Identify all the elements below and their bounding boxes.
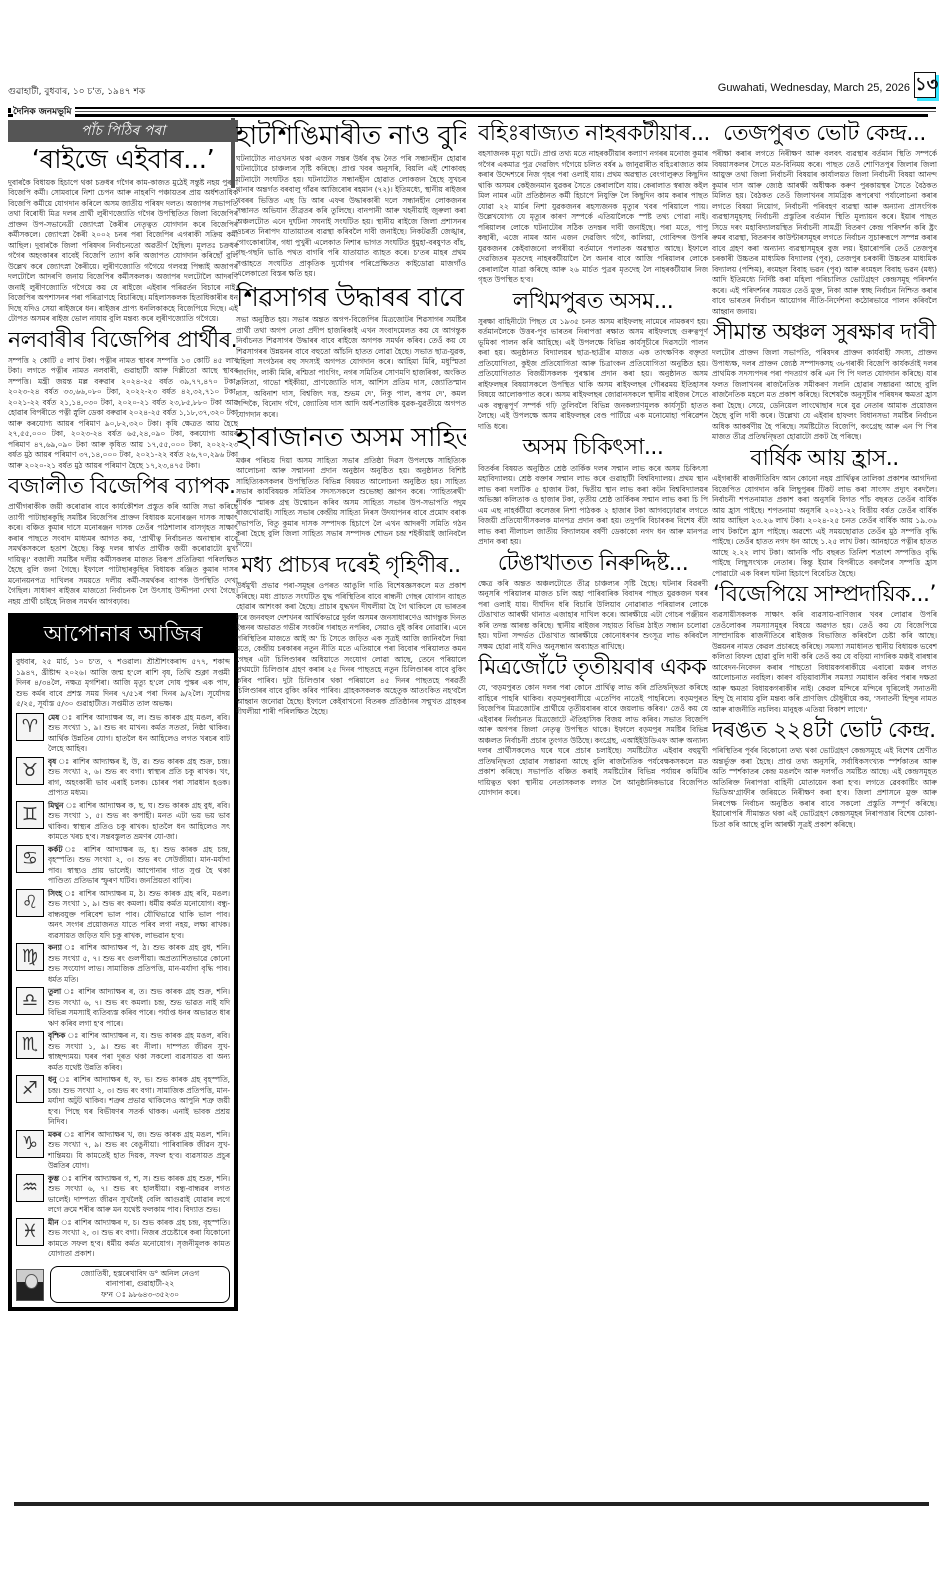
- zodiac-name: তুলা: [48, 987, 61, 996]
- headline: বাৰ্ষিক আয় হ্ৰাস..: [712, 447, 937, 471]
- zodiac-text: তুলা ঃ ৰাশিৰ আদ্যাক্ষৰ ৰ, ত। শুভ কাৰক গ্…: [48, 987, 230, 1029]
- article-body: বিতৰ্কৰ বিষয়ত অনুষ্ঠিত শ্ৰেষ্ঠ তাৰ্কিক …: [478, 464, 708, 548]
- column-1: পাঁচ পিঠিৰ পৰা ‘ৰাইজে এইবাৰ...’ দুবাৰকৈ …: [8, 120, 238, 1475]
- zodiac-icon: ♋: [16, 845, 44, 873]
- article-body: উৰ্ধমুখী প্ৰভাৱ পৰা-সমূহৰ ওপৰত আঙুলি দাঙ…: [236, 581, 466, 718]
- zodiac-icon: ♑: [16, 1130, 44, 1158]
- article-body: ব্যৱসায়ীসকলক সাক্ষাৎ কৰি ব্যৱসায়-বাণিজ…: [712, 610, 937, 715]
- zodiac-text: কন্যা ঃ ৰাশিৰ আদ্যাক্ষৰ প, ঠ। শুভ কাৰক গ…: [48, 943, 230, 985]
- zodiac-text: মকৰ ঃ ৰাশিৰ আদ্যাক্ষৰ খ, জ। শুভ কাৰক গ্ৰ…: [48, 1130, 230, 1172]
- zodiac-name: সিংহ: [48, 889, 62, 898]
- article-body: মঞ্চৰ পৰিচয় দিয়া অসম সাহিত্য সভাৰ প্ৰত…: [236, 456, 466, 551]
- zodiac-reading: ৰাশিৰ আদ্যাক্ষৰ ধ, ফ, ভ। শুভ কাৰক গ্ৰহ ব…: [48, 1075, 230, 1126]
- paper-name: দৈনিক জনমভূমি: [13, 104, 75, 119]
- zodiac-reading: ৰাশিৰ আদ্যাক্ষৰ ম, ঠ। শুভ কাৰক গ্ৰহ ৰবি,…: [48, 889, 230, 940]
- astrologer-card: জ্যোতিষী, হস্তৰেখাবিদ ড° অনিল নেওগ বানাপ…: [16, 1266, 230, 1304]
- zodiac-text: বৃশ্চিক ঃ ৰাশিৰ আদ্যাক্ষৰ ন, য। শুভ কাৰক…: [48, 1031, 230, 1073]
- zodiac-reading: ৰাশিৰ আদ্যাক্ষৰ ন, য। শুভ কাৰক গ্ৰহ মঙল,…: [48, 1031, 230, 1072]
- headline: শিৱসাগৰ উদ্ধাৰৰ বাবে...: [236, 284, 466, 313]
- zodiac-name: বৃশ্চিক: [48, 1031, 65, 1040]
- zodiac-icon: ♏: [16, 1031, 44, 1059]
- footer-rule: [14, 1502, 929, 1506]
- zodiac-text: কুম্ভ ঃ ৰাশিৰ আদ্যাক্ষৰ গ, শ, স। শুভ কাৰ…: [48, 1174, 230, 1216]
- zodiac-entry: ♑মকৰ ঃ ৰাশিৰ আদ্যাক্ষৰ খ, জ। শুভ কাৰক গ্…: [16, 1130, 230, 1172]
- article-body: সম্পত্তি ২ কোটি ৫ লাখ টকা। পত্নীৰ নামত স…: [8, 356, 238, 472]
- zodiac-entry: ♌সিংহ ঃ ৰাশিৰ আদ্যাক্ষৰ ম, ঠ। শুভ কাৰক গ…: [16, 889, 230, 942]
- zodiac-entry: ♒কুম্ভ ঃ ৰাশিৰ আদ্যাক্ষৰ গ, শ, স। শুভ কা…: [16, 1174, 230, 1216]
- article-body: পৰীক্ষা কৰাৰ লগতে নিৰীক্ষণ আৰু বলবৎ ব্যৱ…: [712, 149, 937, 317]
- horoscope-box: আপোনাৰ আজিৰ দিনটো বুধবাৰ, ২৫ মাৰ্চ, ১০ চ…: [8, 613, 238, 1311]
- zodiac-icon: ♎: [16, 987, 44, 1015]
- astrologer-photo: [16, 1269, 44, 1301]
- horoscope-intro: বুধবাৰ, ২৫ মাৰ্চ, ১০ চ'ত, ৭ শওৱাল। শ্ৰীশ…: [16, 657, 230, 710]
- zodiac-entry: ♈মেষ ঃ ৰাশিৰ আদ্যাক্ষৰ অ, ল। শুভ কাৰক গ্…: [16, 713, 230, 755]
- zodiac-text: মীন ঃ ৰাশিৰ আদ্যাক্ষৰ দ, চ। শুভ কাৰক গ্ৰ…: [48, 1218, 230, 1260]
- astrologer-address: বানাপাৰা, গুৱাহাটী-২২: [55, 1279, 225, 1290]
- divider: [66, 107, 936, 109]
- article-body: সুৰক্ষা বাহিনীটো পিছত যে ১৯৩৫ চনত অসম ৰা…: [478, 317, 708, 433]
- zodiac-reading: ৰাশিৰ আদ্যাক্ষৰ প, ঠ। শুভ কাৰক গ্ৰহ বুধ,…: [48, 943, 230, 984]
- article-body: পৰিস্থিতিৰ পূৰ্বৰ বিকোনো তথ্য থকা ভোটগ্ৰ…: [712, 746, 937, 830]
- zodiac-icon: ♉: [16, 757, 44, 785]
- brand-mark: [8, 108, 11, 113]
- zodiac-entry: ♏বৃশ্চিক ঃ ৰাশিৰ আদ্যাক্ষৰ ন, য। শুভ কাৰ…: [16, 1031, 230, 1073]
- zodiac-name: মকৰ: [48, 1130, 61, 1139]
- zodiac-entry: ♊মিথুন ঃ ৰাশিৰ আদ্যাক্ষৰ ক, ছ, ঘ। শুভ কা…: [16, 801, 230, 843]
- zodiac-reading: ৰাশিৰ আদ্যাক্ষৰ ক, ছ, ঘ। শুভ কাৰক গ্ৰহ ব…: [48, 801, 230, 842]
- zodiac-reading: ৰাশিৰ আদ্যাক্ষৰ ড, হ। শুভ কাৰক গ্ৰহ চন্দ…: [48, 845, 230, 886]
- zodiac-text: মেষ ঃ ৰাশিৰ আদ্যাক্ষৰ অ, ল। শুভ কাৰক গ্ৰ…: [48, 713, 230, 755]
- zodiac-text: সিংহ ঃ ৰাশিৰ আদ্যাক্ষৰ ম, ঠ। শুভ কাৰক গ্…: [48, 889, 230, 942]
- headline: ‘বিজেপিয়ে সাম্প্ৰদায়িক...’: [712, 583, 937, 607]
- article-body: দুবাৰকৈ বিধায়ক হিচাপে থকা চক্ৰধৰ গগৈৰ ক…: [8, 178, 238, 325]
- zodiac-name: বৃষ: [48, 757, 56, 766]
- article-body: দলটোৰ প্ৰাক্তন জিলা সভাপতি, পৰিষদৰ প্ৰাক…: [712, 348, 937, 443]
- zodiac-name: মীন: [48, 1218, 59, 1227]
- zodiac-name: মেষ: [48, 713, 59, 722]
- astrologer-name: জ্যোতিষী, হস্তৰেখাবিদ ড° অনিল নেওগ: [55, 1269, 225, 1280]
- article-body: এইগৰাকী ৰাজনীতিবিদ আন কোনো নহয় প্ৰাৰ্থি…: [712, 474, 937, 579]
- zodiac-text: বৃষ ঃ ৰাশিৰ আদ্যাক্ষৰ ই, উ, ৱ। শুভ কাৰক …: [48, 757, 230, 799]
- zodiac-name: কন্যা: [48, 943, 62, 952]
- article-body: ক্ষেত্ৰ কৰি অন্তত অঞ্চলটোতে তীব্ৰ চাঞ্চল…: [478, 579, 708, 653]
- horoscope-title: আপোনাৰ আজিৰ দিনটো: [12, 617, 234, 653]
- astrologer-phone: ফ'ন ঃ ৯৮৬৪৩-৩৫২৩০: [55, 1290, 225, 1301]
- zodiac-icon: ♐: [16, 1075, 44, 1103]
- date-local: গুৱাহাটী, বুধবাৰ, ১০ চ'ত, ১৯৪৭ শক: [8, 84, 145, 99]
- headline: সীমান্ত অঞ্চল সুৰক্ষাৰ দাবী: [712, 321, 937, 345]
- zodiac-entry: ♎তুলা ঃ ৰাশিৰ আদ্যাক্ষৰ ৰ, ত। শুভ কাৰক গ…: [16, 987, 230, 1029]
- zodiac-name: কুম্ভ: [48, 1174, 59, 1183]
- zodiac-icon: ♒: [16, 1174, 44, 1202]
- article-body: ঘটনাটোত নাওখনত থকা এজন সন্তৰ উৰ্ধৰ বৃদ্ধ…: [236, 154, 466, 280]
- article-body: যে, 'বড়মপুৰত কোন দলৰ পৰা কোনে প্ৰাৰ্থিত…: [478, 683, 708, 799]
- zodiac-icon: ♊: [16, 801, 44, 829]
- divider: [66, 111, 936, 112]
- column-3: বহিঃৰাজ্যত নাহৰকটীয়াৰ... বহসাজনক মৃত্যু…: [478, 120, 708, 1475]
- zodiac-reading: ৰাশিৰ আদ্যাক্ষৰ দ, চ। শুভ কাৰক গ্ৰহ চন্দ…: [48, 1218, 230, 1259]
- headline: মধ্য প্ৰাচ্যৰ দৰেই গৃহিণীৰ..: [236, 554, 466, 578]
- headline: হাৰাজানত অসম সাহিত্য...: [236, 424, 466, 453]
- headline: নলবাৰীৰ বিজেপিৰ প্ৰাৰ্থীৰ...: [8, 329, 238, 353]
- zodiac-entry: ♓মীন ঃ ৰাশিৰ আদ্যাক্ষৰ দ, চ। শুভ কাৰক গ্…: [16, 1218, 230, 1260]
- headline: হাটশিঙিমাৰীত নাও বুৰি..: [236, 122, 466, 151]
- article-body: বহসাজনক মৃত্যু ঘটে। প্ৰাপ্ত তথ্য মতে নাহ…: [478, 149, 708, 286]
- headline: তেজপুৰত ভোট কেন্দ্ৰ...: [712, 122, 937, 146]
- column-divider: [231, 118, 235, 188]
- zodiac-reading: ৰাশিৰ আদ্যাক্ষৰ খ, জ। শুভ কাৰক গ্ৰহ মঙল,…: [48, 1130, 230, 1171]
- headline: অসম চিকিৎসা...: [478, 436, 708, 460]
- zodiac-list: ♈মেষ ঃ ৰাশিৰ আদ্যাক্ষৰ অ, ল। শুভ কাৰক গ্…: [16, 713, 230, 1260]
- headline: লখিমপুৰত অসম...: [478, 290, 708, 314]
- headline: বহিঃৰাজ্যত নাহৰকটীয়াৰ...: [478, 122, 708, 146]
- zodiac-entry: ♋কৰ্কট ঃ ৰাশিৰ আদ্যাক্ষৰ ড, হ। শুভ কাৰক …: [16, 845, 230, 887]
- zodiac-text: ধনু ঃ ৰাশিৰ আদ্যাক্ষৰ ধ, ফ, ভ। শুভ কাৰক …: [48, 1075, 230, 1128]
- zodiac-name: মিথুন: [48, 801, 63, 810]
- header-rule: [8, 114, 928, 117]
- zodiac-icon: ♓: [16, 1218, 44, 1246]
- zodiac-name: ধনু: [48, 1075, 57, 1084]
- zodiac-reading: ৰাশিৰ আদ্যাক্ষৰ ৰ, ত। শুভ কাৰক গ্ৰহ শুক্…: [48, 987, 230, 1028]
- zodiac-name: কৰ্কট: [48, 845, 62, 854]
- zodiac-entry: ♍কন্যা ঃ ৰাশিৰ আদ্যাক্ষৰ প, ঠ। শুভ কাৰক …: [16, 943, 230, 985]
- zodiac-entry: ♉বৃষ ঃ ৰাশিৰ আদ্যাক্ষৰ ই, উ, ৱ। শুভ কাৰক…: [16, 757, 230, 799]
- zodiac-icon: ♍: [16, 943, 44, 971]
- column-2: হাটশিঙিমাৰীত নাও বুৰি.. ঘটনাটোত নাওখনত থ…: [236, 120, 466, 1475]
- column-4: তেজপুৰত ভোট কেন্দ্ৰ... পৰীক্ষা কৰাৰ লগতে…: [712, 120, 937, 1475]
- astrologer-contact: জ্যোতিষী, হস্তৰেখাবিদ ড° অনিল নেওগ বানাপ…: [50, 1266, 230, 1304]
- article-body: সভা অনুষ্ঠিত হয়। সভাৰ অন্তত অগপ-বিজেপিৰ…: [236, 315, 466, 420]
- zodiac-reading: ৰাশিৰ আদ্যাক্ষৰ ই, উ, ৱ। শুভ কাৰক গ্ৰহ শ…: [48, 757, 230, 798]
- headline: ‘ৰাইজে এইবাৰ...’: [8, 146, 238, 175]
- article-body: প্ৰাৰ্থীগৰাকীক জয়ী কৰোৱাৰ বাবে কাৰ্যকৌশ…: [8, 502, 238, 607]
- headline: টেঙাখাতত নিৰুদ্দিষ্ট...: [478, 552, 708, 576]
- zodiac-text: মিথুন ঃ ৰাশিৰ আদ্যাক্ষৰ ক, ছ, ঘ। শুভ কাৰ…: [48, 801, 230, 843]
- zodiac-reading: ৰাশিৰ আদ্যাক্ষৰ গ, শ, স। শুভ কাৰক গ্ৰহ শ…: [48, 1174, 230, 1215]
- headline: মিত্ৰজোঁটে তৃতীয়বাৰ একক...: [478, 656, 708, 680]
- date-english: Guwahati, Wednesday, March 25, 2026: [718, 82, 910, 94]
- zodiac-text: কৰ্কট ঃ ৰাশিৰ আদ্যাক্ষৰ ড, হ। শুভ কাৰক গ…: [48, 845, 230, 887]
- headline: বজালীত বিজেপিৰ ব্যাপক...: [8, 475, 238, 499]
- zodiac-icon: ♌: [16, 889, 44, 917]
- page-number: ১৩: [914, 72, 936, 98]
- zodiac-icon: ♈: [16, 713, 44, 741]
- zodiac-entry: ♐ধনু ঃ ৰাশিৰ আদ্যাক্ষৰ ধ, ফ, ভ। শুভ কাৰক…: [16, 1075, 230, 1128]
- headline: দৰঙত ২২৪টা ভোট কেন্দ্ৰ...: [712, 719, 937, 743]
- continued-from-page-5: পাঁচ পিঠিৰ পৰা: [8, 120, 238, 142]
- zodiac-reading: ৰাশিৰ আদ্যাক্ষৰ অ, ল। শুভ কাৰক গ্ৰহ মঙল,…: [48, 713, 230, 754]
